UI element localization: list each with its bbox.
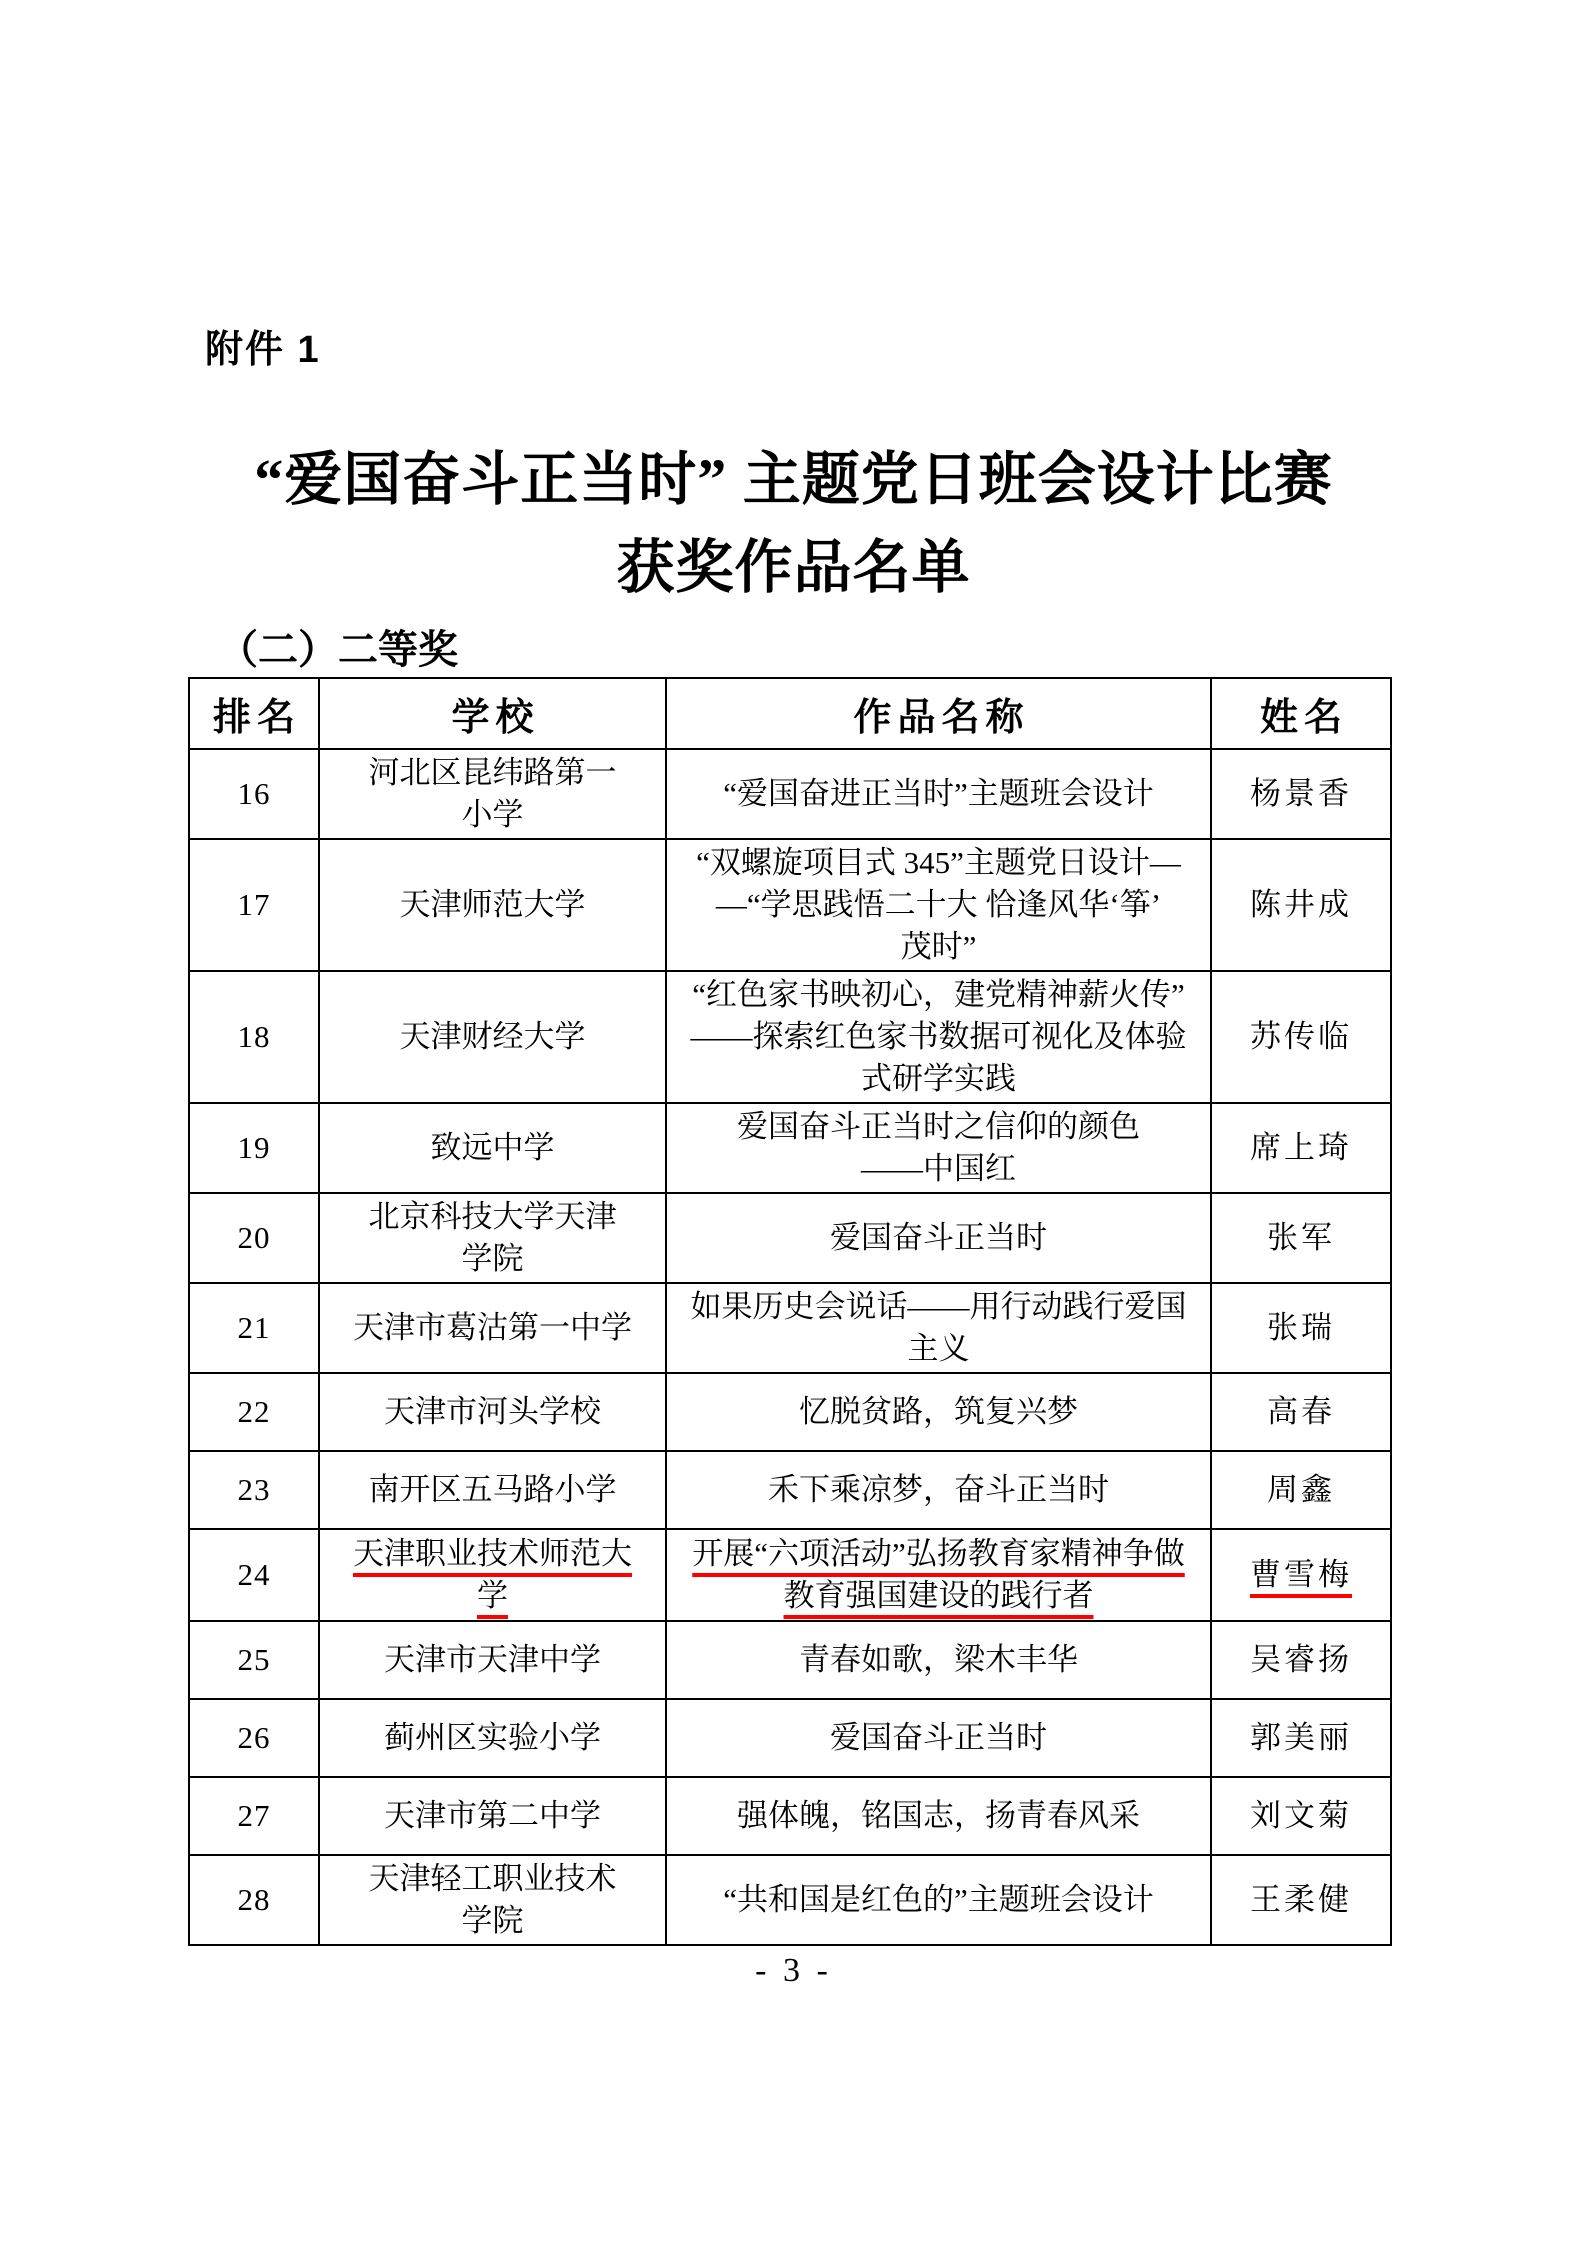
col-header-rank: 排名 — [189, 678, 319, 749]
cell-name: 张军 — [1211, 1193, 1391, 1283]
cell-school: 蓟州区实验小学 — [319, 1699, 666, 1777]
cell-school: 致远中学 — [319, 1103, 666, 1193]
section-heading: （二）二等奖 — [218, 618, 458, 675]
cell-school: 天津师范大学 — [319, 839, 666, 971]
cell-school: 天津市河头学校 — [319, 1373, 666, 1451]
document-title-line2: 获奖作品名单 — [0, 524, 1587, 612]
table-row: 19致远中学爱国奋斗正当时之信仰的颜色 ——中国红席上琦 — [189, 1103, 1391, 1193]
table-row: 17天津师范大学“双螺旋项目式 345”主题党日设计— —“学思践悟二十大 恰逢… — [189, 839, 1391, 971]
table-row: 25天津市天津中学青春如歌，梁木丰华吴睿扬 — [189, 1621, 1391, 1699]
cell-school: 天津职业技术师范大 学 — [319, 1529, 666, 1621]
cell-name: 张瑞 — [1211, 1283, 1391, 1373]
cell-school: 天津市第二中学 — [319, 1777, 666, 1855]
cell-rank: 22 — [189, 1373, 319, 1451]
cell-name: 苏传临 — [1211, 971, 1391, 1103]
cell-rank: 27 — [189, 1777, 319, 1855]
table-row: 16河北区昆纬路第一 小学“爱国奋进正当时”主题班会设计杨景香 — [189, 749, 1391, 839]
cell-school: 天津市天津中学 — [319, 1621, 666, 1699]
table-row: 18天津财经大学“红色家书映初心，建党精神薪火传” ——探索红色家书数据可视化及… — [189, 971, 1391, 1103]
cell-name: 王柔健 — [1211, 1855, 1391, 1945]
awards-table-body: 16河北区昆纬路第一 小学“爱国奋进正当时”主题班会设计杨景香17天津师范大学“… — [189, 749, 1391, 1945]
cell-work: 强体魄，铭国志，扬青春风采 — [666, 1777, 1211, 1855]
cell-name: 周鑫 — [1211, 1451, 1391, 1529]
cell-rank: 26 — [189, 1699, 319, 1777]
table-row: 24天津职业技术师范大 学开展“六项活动”弘扬教育家精神争做 教育强国建设的践行… — [189, 1529, 1391, 1621]
awards-table-head: 排名学校作品名称姓名 — [189, 678, 1391, 749]
cell-work: 禾下乘凉梦，奋斗正当时 — [666, 1451, 1211, 1529]
cell-work: “爱国奋进正当时”主题班会设计 — [666, 749, 1211, 839]
awards-table: 排名学校作品名称姓名 16河北区昆纬路第一 小学“爱国奋进正当时”主题班会设计杨… — [188, 677, 1392, 1946]
cell-name: 刘文菊 — [1211, 1777, 1391, 1855]
page-number: - 3 - — [0, 1952, 1587, 1990]
table-row: 20北京科技大学天津 学院爱国奋斗正当时张军 — [189, 1193, 1391, 1283]
cell-name: 吴睿扬 — [1211, 1621, 1391, 1699]
cell-rank: 23 — [189, 1451, 319, 1529]
cell-name: 陈井成 — [1211, 839, 1391, 971]
cell-work: 爱国奋斗正当时 — [666, 1699, 1211, 1777]
cell-school: 天津市葛沽第一中学 — [319, 1283, 666, 1373]
cell-work: “红色家书映初心，建党精神薪火传” ——探索红色家书数据可视化及体验 式研学实践 — [666, 971, 1211, 1103]
cell-rank: 17 — [189, 839, 319, 971]
cell-work: “双螺旋项目式 345”主题党日设计— —“学思践悟二十大 恰逢风华‘筝’ 茂时… — [666, 839, 1211, 971]
attachment-label: 附件 1 — [205, 318, 321, 373]
header-row: 排名学校作品名称姓名 — [189, 678, 1391, 749]
cell-school: 北京科技大学天津 学院 — [319, 1193, 666, 1283]
cell-school: 天津财经大学 — [319, 971, 666, 1103]
cell-name: 郭美丽 — [1211, 1699, 1391, 1777]
cell-work: 爱国奋斗正当时 — [666, 1193, 1211, 1283]
cell-rank: 25 — [189, 1621, 319, 1699]
cell-school: 南开区五马路小学 — [319, 1451, 666, 1529]
cell-work: “共和国是红色的”主题班会设计 — [666, 1855, 1211, 1945]
cell-work: 如果历史会说话——用行动践行爱国 主义 — [666, 1283, 1211, 1373]
cell-name: 高春 — [1211, 1373, 1391, 1451]
cell-rank: 20 — [189, 1193, 319, 1283]
col-header-work: 作品名称 — [666, 678, 1211, 749]
cell-work: 开展“六项活动”弘扬教育家精神争做 教育强国建设的践行者 — [666, 1529, 1211, 1621]
cell-work: 青春如歌，梁木丰华 — [666, 1621, 1211, 1699]
table-row: 26蓟州区实验小学爱国奋斗正当时郭美丽 — [189, 1699, 1391, 1777]
cell-rank: 19 — [189, 1103, 319, 1193]
cell-rank: 21 — [189, 1283, 319, 1373]
cell-rank: 24 — [189, 1529, 319, 1621]
col-header-name: 姓名 — [1211, 678, 1391, 749]
proofing-underline-text: 天津职业技术师范大 学 — [353, 1536, 632, 1613]
table-row: 23南开区五马路小学禾下乘凉梦，奋斗正当时周鑫 — [189, 1451, 1391, 1529]
cell-rank: 18 — [189, 971, 319, 1103]
proofing-underline-text: 曹雪梅 — [1250, 1557, 1352, 1592]
cell-rank: 28 — [189, 1855, 319, 1945]
table-row: 28天津轻工职业技术 学院“共和国是红色的”主题班会设计王柔健 — [189, 1855, 1391, 1945]
cell-name: 席上琦 — [1211, 1103, 1391, 1193]
cell-school: 河北区昆纬路第一 小学 — [319, 749, 666, 839]
col-header-school: 学校 — [319, 678, 666, 749]
cell-rank: 16 — [189, 749, 319, 839]
document-title-line1: “爱国奋斗正当时” 主题党日班会设计比赛 — [0, 436, 1587, 524]
proofing-underline-text: 开展“六项活动”弘扬教育家精神争做 教育强国建设的践行者 — [692, 1536, 1185, 1613]
cell-school: 天津轻工职业技术 学院 — [319, 1855, 666, 1945]
cell-work: 爱国奋斗正当时之信仰的颜色 ——中国红 — [666, 1103, 1211, 1193]
cell-name: 曹雪梅 — [1211, 1529, 1391, 1621]
table-row: 21天津市葛沽第一中学如果历史会说话——用行动践行爱国 主义张瑞 — [189, 1283, 1391, 1373]
cell-work: 忆脱贫路，筑复兴梦 — [666, 1373, 1211, 1451]
cell-name: 杨景香 — [1211, 749, 1391, 839]
document-title: “爱国奋斗正当时” 主题党日班会设计比赛 获奖作品名单 — [0, 436, 1587, 612]
table-row: 22天津市河头学校忆脱贫路，筑复兴梦高春 — [189, 1373, 1391, 1451]
table-row: 27天津市第二中学强体魄，铭国志，扬青春风采刘文菊 — [189, 1777, 1391, 1855]
document-page: 附件 1 “爱国奋斗正当时” 主题党日班会设计比赛 获奖作品名单 （二）二等奖 … — [0, 0, 1587, 2245]
